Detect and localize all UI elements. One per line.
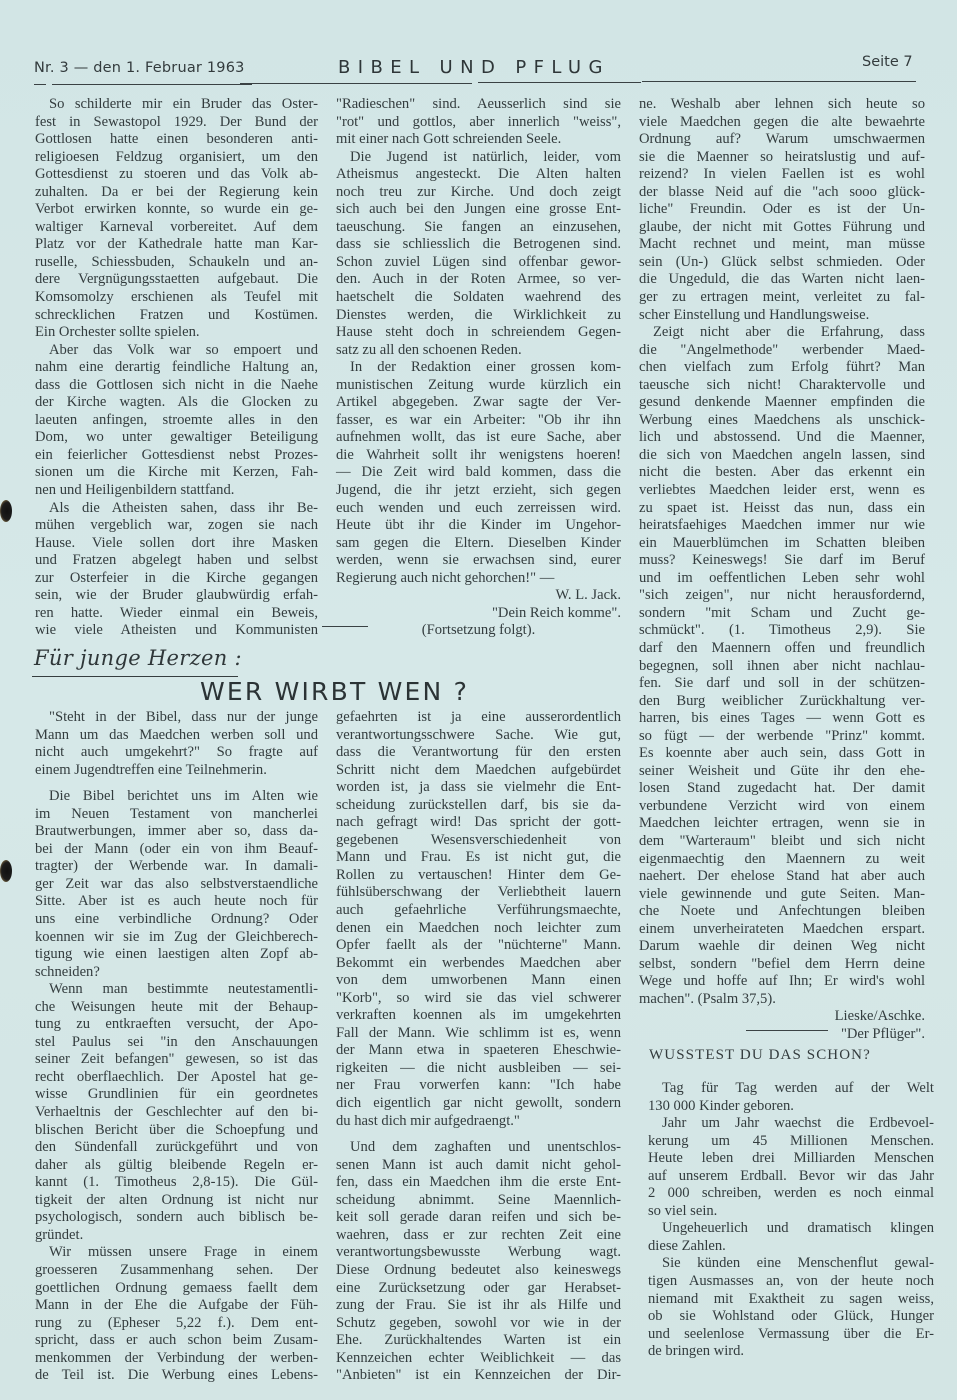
masthead: Nr. 3 — den 1. Februar 1963 BIBEL UND PF… — [0, 54, 957, 84]
masthead-rule-4 — [642, 81, 916, 82]
article-headline: WER WIRBT WEN ? — [0, 677, 957, 706]
text-line: niemand mit Exaktheit zu sagen weiss, — [648, 1291, 934, 1309]
section-kicker: Für junge Herzen : — [34, 646, 242, 670]
text-line: gefaehrten ist ja eine ausserordentlich — [336, 709, 621, 727]
text-line: Werbung eines Maedchens als unschick- — [639, 412, 925, 430]
text-line: blischen Bericht über die Schoepfung und — [35, 1122, 318, 1140]
masthead-rule-1 — [52, 84, 252, 85]
text-line: selbst, sondern "befiel dem Herrn deine — [639, 956, 925, 974]
text-line: 130 000 Kinder geboren. — [648, 1098, 934, 1116]
article1-column-2: "Radieschen" sind. Aeusserlich sind sie"… — [336, 96, 621, 640]
text-line: ger Zeit war das also selbstverstaendlic… — [35, 876, 318, 894]
text-line: von dem umworbenen Mann einen — [336, 972, 621, 990]
masthead-rule-2 — [240, 83, 472, 84]
text-line: "Der Pflüger". — [639, 1026, 925, 1044]
masthead-rule-3 — [478, 82, 641, 83]
text-line: taeuschung. Sie fangen an einzusehen, — [336, 219, 621, 237]
text-line: spricht, dass er auch schon beim Zusam- — [35, 1332, 318, 1350]
text-line: ruselle, Schiessbuden, Schaukeln und an- — [35, 254, 318, 272]
text-line: senen Mann ist auch damit nicht gehol- — [336, 1157, 621, 1175]
text-line: der Mann etwa in spaeteren Eheschwie- — [336, 1042, 621, 1060]
text-line: werden, wenn sie erwachsen sind, eurer — [336, 552, 621, 570]
text-line: fühlsüberschwang der Verliebtheit lauern — [336, 884, 621, 902]
newspaper-page: Nr. 3 — den 1. Februar 1963 BIBEL UND PF… — [0, 0, 957, 1400]
article2-column-1: "Steht in der Bibel, dass nur der jungeM… — [35, 709, 318, 1385]
text-line: du hast dich mir aufgedraengt." — [336, 1113, 621, 1131]
text-line: sein (Un-) Glück selbst schmieden. Oder — [639, 254, 925, 272]
text-line: taeusche sich nicht! Charaktervolle und — [639, 377, 925, 395]
text-line: auf unserem Erdball. Bevor wir das Jahr — [648, 1168, 934, 1186]
text-line: chen vielfach zum Erfolg führt? Man — [639, 359, 925, 377]
text-line: Sie künden eine Menschenflut gewal- — [648, 1255, 934, 1273]
text-line: dem "Warteraum" bleibt und sich nicht — [639, 833, 925, 851]
text-line: che Weisungen heute mit der Behaup- — [35, 999, 318, 1017]
text-line: verantwortungsschwere Sache. Wie gut, — [336, 727, 621, 745]
text-line: Mann um das Maedchen werben soll und — [35, 727, 318, 745]
text-line: zu spaet ist. Heisst das nun, dass ein — [639, 500, 925, 518]
text-line: den. Auch in der Roten Armee, so ver- — [336, 271, 621, 289]
text-line: Als die Atheisten sahen, dass ihr Be- — [35, 500, 318, 518]
text-line: nicht auch umgekehrt?" So fragte auf — [35, 744, 318, 762]
text-line: zuhalten. Da er bei der Regierung kein — [35, 184, 318, 202]
text-line: viele Maedchen gegen die alte bewaehrte — [639, 114, 925, 132]
text-line: wie viele Atheisten und Kommunisten — [35, 622, 318, 640]
text-line: Wir müssen unsere Frage in einem — [35, 1244, 318, 1262]
text-line: und Fratzen abgelegt haben und selbst — [35, 552, 318, 570]
text-line: Fall der Mann. Wie schlimm ist es, wenn — [336, 1025, 621, 1043]
text-line: gesund denkende Maenner empfinden die — [639, 394, 925, 412]
text-line: Die Bibel berichtet uns im Alten wie — [35, 788, 318, 806]
text-line: Schutz gegeben, sowohl vor wie in der — [336, 1315, 621, 1333]
text-line: Diese Ordnung bedeutet also keineswegs — [336, 1262, 621, 1280]
text-line: Jugend, die ihr jetzt erzieht, sich gege… — [336, 482, 621, 500]
text-line: im Neuen Testament von mancherlei — [35, 806, 318, 824]
text-line: nicht die besten. Aber das erkennt ein — [639, 464, 925, 482]
text-line: Die Jugend ist natürlich, leider, vom — [336, 149, 621, 167]
text-line: "rot" und gottlos, aber innerlich "weiss… — [336, 114, 621, 132]
text-line: Jahr um Jahr waechst die Erdbevoel- — [648, 1115, 934, 1133]
text-line: ob sie Wohlstand oder Glück, Hunger — [648, 1308, 934, 1326]
text-line: che Noete und Anfechtungen bleiben — [639, 903, 925, 921]
text-line: religioesen Feldzug organisiert, um den — [35, 149, 318, 167]
text-line: kannt (1. Timotheus 2,8-15). Die Gül- — [35, 1174, 318, 1192]
text-line: Es koennte aber auch sein, dass Gott in — [639, 745, 925, 763]
text-line: menkommen der Verbindung der werben- — [35, 1350, 318, 1368]
text-line: machen". (Psalm 37,5). — [639, 991, 925, 1009]
publication-title: BIBEL UND PFLUG — [338, 57, 610, 78]
article2-column-2: gefaehrten ist ja eine ausserordentlichv… — [336, 709, 621, 1385]
text-line: Maedchen leichter ertragen, wenn sie in — [639, 815, 925, 833]
text-line: verbundene Verzicht wird von einem — [639, 798, 925, 816]
text-line: Gottesdienst zu stoeren und das Volk ab- — [35, 166, 318, 184]
text-line: zur Osterfeier in die Kirche gegangen — [35, 570, 318, 588]
box-title: WUSSTEST DU DAS SCHON? — [649, 1047, 871, 1064]
text-line: und im oeffentlichen Leben sehr wohl — [639, 570, 925, 588]
text-line: fasser, es war ein Arbeiter: "Ob ihr ihn — [336, 412, 621, 430]
text-line: groesseren Zusammenhang sehen. Der — [35, 1262, 318, 1280]
text-line: rung zu (Epheser 5,22 f.). Dem ent- — [35, 1315, 318, 1333]
text-line: die "Angelmethode" werbender Maed- — [639, 342, 925, 360]
text-line: euch wenden und euch zerreissen wird. — [336, 500, 621, 518]
text-line: keit soll gerade daran reifen und sich b… — [336, 1209, 621, 1227]
text-line: Regierung auch nicht gehorchen!" — — [336, 570, 621, 588]
text-line: sionen um die Kirche mit Kerzen, Fah- — [35, 464, 318, 482]
text-line: munistischen Zeitung wurde kürzlich ein — [336, 377, 621, 395]
text-line: seiner Zeit befangen" gewesen, so ist da… — [35, 1051, 318, 1069]
text-line: Hause. Viele sollen dort ihre Masken — [35, 535, 318, 553]
text-line: de Teil ist. Die Werbung eines Lebens- — [35, 1367, 318, 1385]
text-line: darf den Maennern offen und freundlich — [639, 640, 925, 658]
text-line: mühen vergeblich war, zogen sie nach — [35, 517, 318, 535]
text-line: seiner Weisheit und Güte ihr den ehe- — [639, 763, 925, 781]
text-line: denen ein Maedchen noch leichter zum — [336, 920, 621, 938]
text-line: fest in Sewastopol 1929. Der Bund der — [35, 114, 318, 132]
text-line: verkraften koennen als im umgekehrten — [336, 1007, 621, 1025]
text-line: sich auch bei den Jungen eine grosse Ent… — [336, 201, 621, 219]
article1-end-rule — [322, 626, 368, 627]
text-line: "Anbieten" ist ein Kennzeichen der Dir- — [336, 1367, 621, 1385]
text-line: waehren, dass er zur rechten Zeit eine — [336, 1227, 621, 1245]
text-line: W. L. Jack. — [336, 587, 621, 605]
text-line: worden ist, ja dass sie vielmehr die Ent… — [336, 779, 621, 797]
text-line: nach gefragt wird! Das spricht der gott- — [336, 814, 621, 832]
text-line: Wenn man bestimmte neutestamentli- — [35, 981, 318, 999]
paragraph-gap — [35, 779, 318, 788]
text-line: "Dein Reich komme". — [336, 605, 621, 623]
text-line: "sich zeigen", nur nicht herausfordernd, — [639, 587, 925, 605]
text-line: stel Paulus sei "in den Anschauungen — [35, 1034, 318, 1052]
text-line: sondern "mit Scham und Zucht ge- — [639, 605, 925, 623]
text-line: Mann in der Ehe die Aufgabe der Füh- — [35, 1297, 318, 1315]
punch-hole-top — [0, 500, 12, 522]
text-line: dich eigentlich gar nicht gewollt, sonde… — [336, 1095, 621, 1113]
text-line: scheidung abnimmt. Seine Maennlich- — [336, 1192, 621, 1210]
text-line: dass sie schliesslich die Betrogenen sin… — [336, 236, 621, 254]
text-line: Sitte. Aber ist es auch heute noch für — [35, 893, 318, 911]
text-line: harren, bis eines Tages — wenn Gott es — [639, 710, 925, 728]
text-line: diese Zahlen. — [648, 1238, 934, 1256]
text-line: lich und abstossend. Und die Maenner, — [639, 429, 925, 447]
text-line: heiratsfaehiges Maedchen immer nur wie — [639, 517, 925, 535]
text-line: Und dem zaghaften und unentschlos- — [336, 1139, 621, 1157]
text-line: liche" Freundin. Oder es ist der Un- — [639, 201, 925, 219]
text-line: Ungeheuerlich und dramatisch klingen — [648, 1220, 934, 1238]
text-line: Brautwerbungen, immer aber so, dass da- — [35, 823, 318, 841]
text-line: scher Einstellung und Handlungsweise. — [639, 307, 925, 325]
text-line: einem Jugendtreffen eine Teilnehmerin. — [35, 762, 318, 780]
text-line: (Fortsetzung folgt). — [336, 622, 621, 640]
text-line: recht oberflaechlich. Der Apostel hat ge… — [35, 1069, 318, 1087]
text-line: gründet. — [35, 1227, 318, 1245]
text-line: Atheismus angesteckt. Die Alten halten — [336, 166, 621, 184]
text-line: bei der Mann (oder ein von ihm Beauf- — [35, 841, 318, 859]
text-line: mit einer nach Gott schreienden Seele. — [336, 131, 621, 149]
text-line: die Wahrheit sollt ihr wenigstens hoeren… — [336, 447, 621, 465]
text-line: Gottlosen hatte einen besonderen anti- — [35, 131, 318, 149]
text-line: — Die Zeit wird bald kommen, dass die — [336, 464, 621, 482]
text-line: scheidung zurückstellen darf, bis sie da… — [336, 797, 621, 815]
text-line: der Kirche wagten. Als die Glocken zu — [35, 394, 318, 412]
text-line: sie die Maenner so heiratslustig und auf… — [639, 149, 925, 167]
text-line: tragter) der Werbende war. In damali- — [35, 858, 318, 876]
text-line: goettlichen Ordnung gemaess faellt dem — [35, 1280, 318, 1298]
text-line: tigkeit der alten Ordnung ist nicht nur — [35, 1192, 318, 1210]
text-line: eine Zurücksetzung oder gar Herabset- — [336, 1280, 621, 1298]
text-line: so fügt — der werbende "Prinz" kommt. — [639, 728, 925, 746]
text-line: Lieske/Aschke. — [639, 1008, 925, 1026]
text-line: sam gegen die Eltern. Dieselben Kinder — [336, 535, 621, 553]
text-line: Heute leben drei Milliarden Menschen — [648, 1150, 934, 1168]
text-line: den Sündenfall zurückgeführt und von — [35, 1139, 318, 1157]
text-line: Macht rechnet und meint, man müsse — [639, 236, 925, 254]
text-line: In der Redaktion einer grossen kom- — [336, 359, 621, 377]
text-line: nen und Heiligenbildern stattfand. — [35, 482, 318, 500]
text-line: Platz vor der Kathedrale hatte man Kar- — [35, 236, 318, 254]
text-line: ger zu ertragen meint, verleitet zu fal- — [639, 289, 925, 307]
text-line: glaube, der nicht mit Gottes Führung und — [639, 219, 925, 237]
text-line: Schon zuviel Lügen sind offenbar gewor- — [336, 254, 621, 272]
text-line: Bekommt ein werbendes Maedchen aber — [336, 955, 621, 973]
text-line: Dienstes werden, die Wirklichkeit zu — [336, 307, 621, 325]
box-body: Tag für Tag werden auf der Welt130 000 K… — [648, 1080, 934, 1361]
page-number: Seite 7 — [862, 54, 913, 70]
text-line: Hause steht doch in schreiendem Gegen- — [336, 324, 621, 342]
text-line: tigung wie einen laestigen alten Zopf ab… — [35, 946, 318, 964]
text-line: verantwortungsbewusste Werbung wagt. — [336, 1244, 621, 1262]
text-line: haetschelt die Soldaten waehrend des — [336, 289, 621, 307]
text-line: schrecklichen Fratzen und Kostümen. — [35, 307, 318, 325]
issue-date: Nr. 3 — den 1. Februar 1963 — [34, 60, 245, 76]
paragraph-gap — [336, 1130, 621, 1139]
text-line: Verhaeltnis der Geschlechter auf den bi- — [35, 1104, 318, 1122]
text-line: dass die Gottlosen sich nicht in die Nae… — [35, 377, 318, 395]
text-line: verliebtes Maedchen leider erst, wenn es — [639, 482, 925, 500]
text-line: daher als gültig bleibende Regeln er- — [35, 1157, 318, 1175]
text-line: 2 000 schreiben, werden es noch einmal — [648, 1185, 934, 1203]
text-line: de bringen wird. — [648, 1343, 934, 1361]
text-line: koennen wir sie im Zug der Gleichberech- — [35, 929, 318, 947]
text-line: eigenmaechtig den Maennern zu weit — [639, 851, 925, 869]
text-line: So schilderte mir ein Bruder das Oster- — [35, 96, 318, 114]
text-line: zung der Frau. Sie ist ihr als Hilfe und — [336, 1297, 621, 1315]
text-line: Darum waehle dir deinen Weg nicht — [639, 938, 925, 956]
text-line: Rollen zu vertauschen! Hinter dem Ge- — [336, 867, 621, 885]
text-line: dere Vergnügungsstaetten aufgebaut. Die — [35, 271, 318, 289]
text-line: ein feierlicher Gottesdienst nebst Proze… — [35, 447, 318, 465]
text-line: satz zu all den schoenen Reden. — [336, 342, 621, 360]
text-line: ein Mauerblümchen im Schatten bleiben — [639, 535, 925, 553]
text-line: auch gefaehrliche Verführungsmaechte, — [336, 902, 621, 920]
text-line: gegebenen Wesensverschiedenheit von — [336, 832, 621, 850]
text-line: die Ungeduld, die das Warten nicht laen- — [639, 271, 925, 289]
text-line: nahm eine derartig feindliche Haltung an… — [35, 359, 318, 377]
text-line: Dom, wo unter gewaltiger Beteiligung — [35, 429, 318, 447]
text-line: ren hatte. Wieder einmal ein Beweis, — [35, 605, 318, 623]
masthead-rule-short — [34, 84, 46, 85]
text-line: noch treu zur Kirche. Und doch zeigt — [336, 184, 621, 202]
text-line: Wege und hoffe auf Ihn; Er wird's wohl — [639, 973, 925, 991]
text-line: einem unverheirateten Maedchen erspart. — [639, 921, 925, 939]
text-line: reizend? In vielen Faellen ist es wohl — [639, 166, 925, 184]
text-line: wisse Grundlinien für ein geordnetes — [35, 1086, 318, 1104]
text-line: "Steht in der Bibel, dass nur der junge — [35, 709, 318, 727]
text-line: psychologisch, sondern auch biblisch be- — [35, 1209, 318, 1227]
text-line: Aber das Volk war so empoert und — [35, 342, 318, 360]
text-line: losen Stand zugedacht hat. Der damit — [639, 780, 925, 798]
text-line: die sich von Maedchen angeln lassen, sin… — [639, 447, 925, 465]
text-line: waltiger Karneval vorbereitet. Auf dem — [35, 219, 318, 237]
text-line: Heute übt ihr die Kinder im Ungehor- — [336, 517, 621, 535]
text-line: dass die Verantwortung für den ersten — [336, 744, 621, 762]
text-line: naehert. Der ehelose Stand hat aber auch — [639, 868, 925, 886]
text-line: kerung um 45 Millionen Menschen. — [648, 1133, 934, 1151]
text-line: Artikel abgegeben. Zwar sagte der Ver- — [336, 394, 621, 412]
text-line: uns eine verbindliche Ordnung? Oder — [35, 911, 318, 929]
text-line: Opfer faellt als der "nüchterne" Mann. — [336, 937, 621, 955]
text-line: "Korb", so wird sie das viel schwerer — [336, 990, 621, 1008]
text-line: tung zu entkraeften versucht, der Apo- — [35, 1016, 318, 1034]
text-line: und seelenlose Vermassung über die Er- — [648, 1326, 934, 1344]
text-line: der blasse Neid auf die "ach sooo glück- — [639, 184, 925, 202]
box-separator-rule — [746, 1030, 828, 1031]
text-line: Verbot erwirken konnte, so wurde ein ge- — [35, 201, 318, 219]
article1-column-1: So schilderte mir ein Bruder das Oster-f… — [35, 96, 318, 640]
text-line: Komsomolzy erschienen als Teufel mit — [35, 289, 318, 307]
text-line: schneiden? — [35, 964, 318, 982]
text-line: schmückt". (1. Timotheus 2,9). Sie — [639, 622, 925, 640]
text-line: viele gewinnende und gute Seiten. Man- — [639, 886, 925, 904]
text-line: "Radieschen" sind. Aeusserlich sind sie — [336, 96, 621, 114]
text-line: Ordnung auf? Warum umschwaermen — [639, 131, 925, 149]
text-line: muss? Keineswegs! Sie darf im Beruf — [639, 552, 925, 570]
text-line: Ehe. Zurückhaltendes Warten ist ein — [336, 1332, 621, 1350]
text-line: so viel sein. — [648, 1203, 934, 1221]
text-line: Kennzeichen echter Weiblichkeit — das — [336, 1350, 621, 1368]
text-line: aufnehmen wollt, das ist eure Sache, abe… — [336, 429, 621, 447]
text-line: tigen Ausmasses an, von der heute noch — [648, 1273, 934, 1291]
text-line: ne. Weshalb aber lehnen sich heute so — [639, 96, 925, 114]
text-line: laeuten anfingen, stroemte alles in den — [35, 412, 318, 430]
text-line: begegnen, soll ihnen aber nicht nachlau- — [639, 658, 925, 676]
text-line: Mann und Frau. Es ist nicht gut, die — [336, 849, 621, 867]
text-line: Tag für Tag werden auf der Welt — [648, 1080, 934, 1098]
text-line: ner Frau vorwerfen kann: "Ich habe — [336, 1077, 621, 1095]
text-line: Ein Orchester sollte spielen. — [35, 324, 318, 342]
punch-hole-bottom — [0, 860, 12, 882]
text-line: fen, dass ein Maedchen ihm die erste Ent… — [336, 1174, 621, 1192]
text-line: Zeigt nicht aber die Erfahrung, dass — [639, 324, 925, 342]
headline-text: WER WIRBT WEN ? — [200, 677, 469, 706]
article1-column-3: ne. Weshalb aber lehnen sich heute sovie… — [639, 96, 925, 1044]
text-line: sein, wie der Bruder glaubwürdig erfah- — [35, 587, 318, 605]
text-line: rigkeiten — die nicht ausbleiben — sei- — [336, 1060, 621, 1078]
text-line: Schritt nicht dem Maedchen aufgebürdet — [336, 762, 621, 780]
